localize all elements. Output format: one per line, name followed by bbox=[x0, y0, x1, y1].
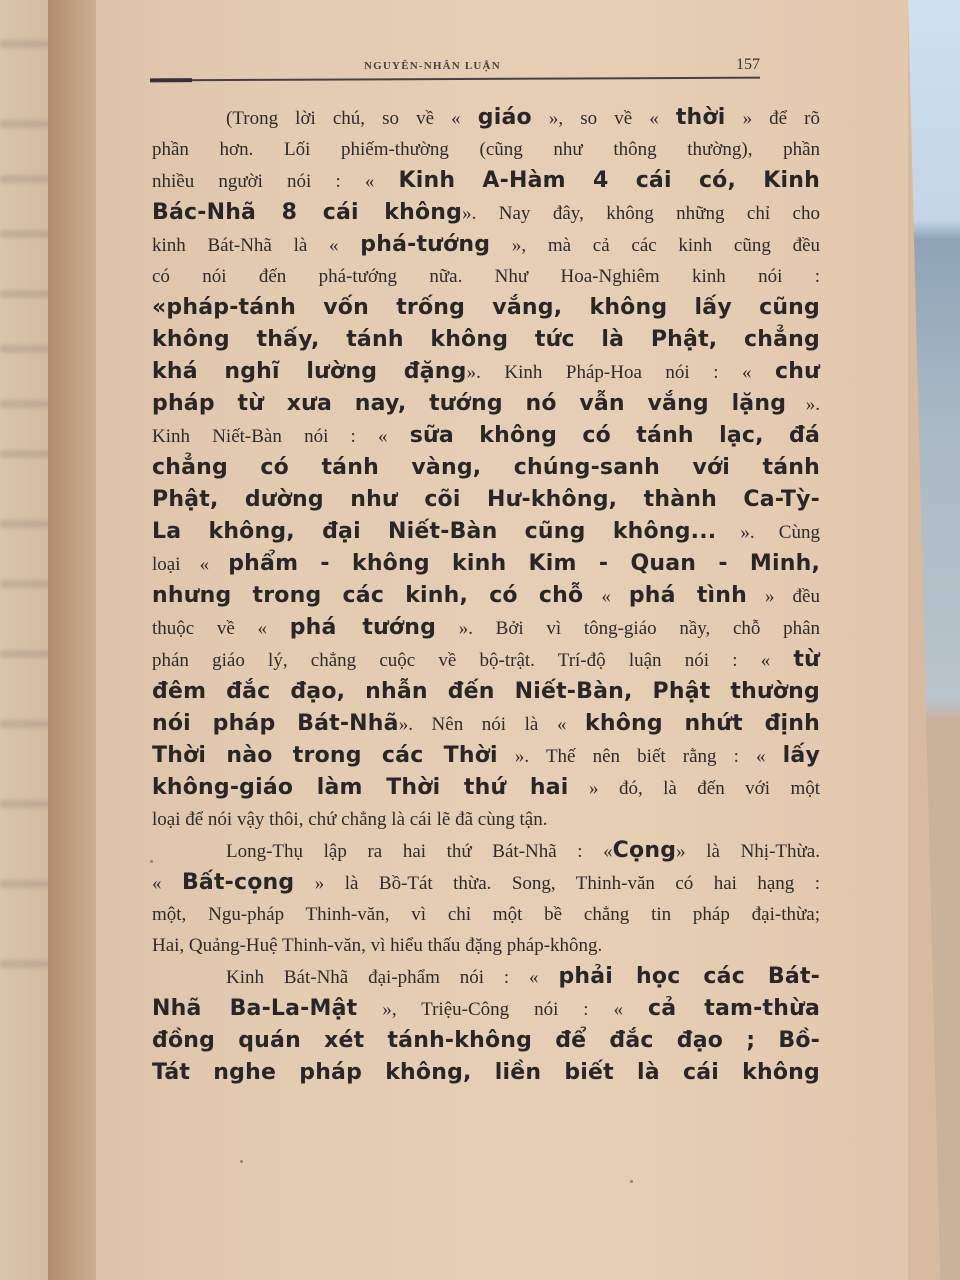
text-segment: ». Cùng bbox=[716, 522, 820, 543]
emphasized-text: chẳng có tánh vàng, chúng-sanh với tánh bbox=[152, 455, 820, 480]
text-line: Long-Thụ lập ra hai thứ Bát-Nhã : «Cọng»… bbox=[152, 835, 820, 867]
text-line: nhiều người nói : « Kinh A-Hàm 4 cái có,… bbox=[152, 165, 820, 197]
text-segment: (Trong lời chú, so về « bbox=[226, 108, 478, 129]
emphasized-text: chư bbox=[775, 359, 820, 384]
text-line: Kinh Niết-Bàn nói : « sữa không có tánh … bbox=[152, 420, 820, 452]
text-line: Kinh Bát-Nhã đại-phẩm nói : « phải học c… bbox=[152, 961, 820, 993]
text-segment: kinh Bát-Nhã là « bbox=[152, 235, 360, 256]
emphasized-text: La không, đại Niết-Bàn cũng không... bbox=[152, 519, 716, 544]
emphasized-text: lấy bbox=[783, 743, 820, 768]
text-line: chẳng có tánh vàng, chúng-sanh với tánh bbox=[152, 452, 820, 484]
emphasized-text: đồng quán xét tánh-không để đắc đạo ; Bồ… bbox=[152, 1028, 820, 1053]
text-line: không-giáo làm Thời thứ hai » đó, là đến… bbox=[152, 772, 820, 804]
text-line: (Trong lời chú, so về « giáo », so về « … bbox=[152, 102, 820, 134]
text-line: «pháp-tánh vốn trống vắng, không lấy cũn… bbox=[152, 292, 820, 324]
text-segment: », Triệu-Công nói : « bbox=[357, 999, 648, 1020]
emphasized-text: phải học các Bát- bbox=[558, 964, 820, 989]
text-segment: Hai, Quảng-Huệ Thinh-văn, vì hiểu thấu đ… bbox=[152, 935, 602, 956]
emphasized-text: Bất-cọng bbox=[182, 870, 294, 895]
text-segment: phần hơn. Lối phiếm-thường (cũng như thô… bbox=[152, 139, 820, 160]
text-line: Tát nghe pháp không, liền biết là cái kh… bbox=[152, 1057, 820, 1089]
text-segment: phán giáo lý, chẳng cuộc về bộ-trật. Trí… bbox=[152, 650, 793, 671]
text-line: đêm đắc đạo, nhẫn đến Niết-Bàn, Phật thư… bbox=[152, 676, 820, 708]
text-segment: » là Nhị-Thừa. bbox=[676, 841, 820, 862]
text-segment: có nói đến phá-tướng nữa. Như Hoa-Nghiêm… bbox=[152, 266, 820, 287]
emphasized-text: từ bbox=[793, 647, 820, 672]
emphasized-text: Tát nghe pháp không, liền biết là cái kh… bbox=[152, 1060, 820, 1085]
text-line: loại « phẩm - không kinh Kim - Quan - Mi… bbox=[152, 548, 820, 580]
text-line: nói pháp Bát-Nhã». Nên nói là « không nh… bbox=[152, 708, 820, 740]
emphasized-text: phá tình bbox=[629, 583, 747, 608]
page-header: NGUYÊN-NHÂN LUẬN 157 bbox=[150, 56, 760, 86]
emphasized-text: giáo bbox=[478, 105, 532, 130]
emphasized-text: thời bbox=[676, 105, 726, 130]
emphasized-text: không-giáo làm Thời thứ hai bbox=[152, 775, 569, 800]
emphasized-text: pháp từ xưa nay, tướng nó vẫn vắng lặng bbox=[152, 391, 786, 416]
text-segment: loại để nói vậy thôi, chứ chẳng là cái l… bbox=[152, 809, 547, 830]
text-segment: Long-Thụ lập ra hai thứ Bát-Nhã : « bbox=[226, 841, 613, 862]
text-line: pháp từ xưa nay, tướng nó vẫn vắng lặng … bbox=[152, 388, 820, 420]
text-segment: « bbox=[152, 873, 182, 894]
text-line: thuộc về « phá tướng ». Bởi vì tông-giáo… bbox=[152, 612, 820, 644]
emphasized-text: «pháp-tánh vốn trống vắng, không lấy cũn… bbox=[152, 295, 820, 320]
paper-spot bbox=[240, 1160, 243, 1163]
emphasized-text: đêm đắc đạo, nhẫn đến Niết-Bàn, Phật thư… bbox=[152, 679, 820, 704]
text-segment: » đều bbox=[747, 586, 820, 607]
text-line: phần hơn. Lối phiếm-thường (cũng như thô… bbox=[152, 134, 820, 165]
emphasized-text: Thời nào trong các Thời bbox=[152, 743, 498, 768]
text-line: Nhã Ba-La-Mật », Triệu-Công nói : « cả t… bbox=[152, 993, 820, 1025]
text-segment: », so về « bbox=[532, 108, 676, 129]
text-segment: Kinh Niết-Bàn nói : « bbox=[152, 426, 410, 447]
text-line: Phật, dường như cõi Hư-không, thành Ca-T… bbox=[152, 484, 820, 516]
emphasized-text: sữa không có tánh lạc, đá bbox=[410, 423, 820, 448]
emphasized-text: Phật, dường như cõi Hư-không, thành Ca-T… bbox=[152, 487, 820, 512]
header-rule bbox=[150, 77, 760, 82]
text-line: kinh Bát-Nhã là « phá-tướng », mà cả các… bbox=[152, 229, 820, 261]
emphasized-text: nói pháp Bát-Nhã bbox=[152, 711, 399, 736]
body-text: (Trong lời chú, so về « giáo », so về « … bbox=[152, 102, 820, 1089]
text-segment: ». bbox=[786, 394, 820, 415]
text-segment: ». Kinh Pháp-Hoa nói : « bbox=[467, 362, 775, 383]
emphasized-text: phá-tướng bbox=[360, 232, 490, 257]
emphasized-text: Bác-Nhã 8 cái không bbox=[152, 200, 462, 225]
text-segment: » để rõ bbox=[725, 108, 820, 129]
text-line: nhưng trong các kinh, có chỗ « phá tình … bbox=[152, 580, 820, 612]
text-line: có nói đến phá-tướng nữa. Như Hoa-Nghiêm… bbox=[152, 261, 820, 292]
text-line: đồng quán xét tánh-không để đắc đạo ; Bồ… bbox=[152, 1025, 820, 1057]
emphasized-text: Cọng bbox=[613, 838, 676, 863]
emphasized-text: cả tam-thừa bbox=[648, 996, 820, 1021]
text-line: Thời nào trong các Thời ». Thế nên biết … bbox=[152, 740, 820, 772]
text-segment: », mà cả các kinh cũng đều bbox=[490, 235, 820, 256]
text-line: « Bất-cọng » là Bồ-Tát thừa. Song, Thinh… bbox=[152, 867, 820, 899]
text-segment: ». Nay đây, không những chỉ cho bbox=[462, 203, 820, 224]
text-line: La không, đại Niết-Bàn cũng không... ». … bbox=[152, 516, 820, 548]
emphasized-text: nhưng trong các kinh, có chỗ bbox=[152, 583, 583, 608]
text-segment: nhiều người nói : « bbox=[152, 171, 398, 192]
text-line: không thấy, tánh không tức là Phật, chẳn… bbox=[152, 324, 820, 356]
emphasized-text: phẩm - không kinh Kim - Quan - Minh, bbox=[228, 551, 820, 576]
text-segment: ». Thế nên biết rằng : « bbox=[498, 746, 783, 767]
text-segment: một, Ngu-pháp Thinh-văn, vì chỉ một bề c… bbox=[152, 904, 820, 925]
text-line: loại để nói vậy thôi, chứ chẳng là cái l… bbox=[152, 804, 820, 835]
text-segment: « bbox=[583, 586, 629, 607]
emphasized-text: không nhứt định bbox=[585, 711, 820, 736]
text-line: phán giáo lý, chẳng cuộc về bộ-trật. Trí… bbox=[152, 644, 820, 676]
emphasized-text: khá nghĩ lường đặng bbox=[152, 359, 467, 384]
emphasized-text: không thấy, tánh không tức là Phật, chẳn… bbox=[152, 327, 820, 352]
emphasized-text: phá tướng bbox=[290, 615, 436, 640]
text-segment: Kinh Bát-Nhã đại-phẩm nói : « bbox=[226, 967, 558, 988]
text-line: Hai, Quảng-Huệ Thinh-văn, vì hiểu thấu đ… bbox=[152, 930, 820, 961]
emphasized-text: Kinh A-Hàm 4 cái có, Kinh bbox=[398, 168, 820, 193]
text-line: một, Ngu-pháp Thinh-văn, vì chỉ một bề c… bbox=[152, 899, 820, 930]
paper-spot bbox=[630, 1180, 633, 1183]
text-segment: » đó, là đến với một bbox=[569, 778, 820, 799]
page-number: 157 bbox=[736, 56, 760, 74]
text-segment: » là Bồ-Tát thừa. Song, Thinh-văn có hai… bbox=[294, 873, 820, 894]
text-line: Bác-Nhã 8 cái không». Nay đây, không nhữ… bbox=[152, 197, 820, 229]
text-segment: thuộc về « bbox=[152, 618, 290, 639]
text-line: khá nghĩ lường đặng». Kinh Pháp-Hoa nói … bbox=[152, 356, 820, 388]
text-segment: ». Nên nói là « bbox=[399, 714, 585, 735]
emphasized-text: Nhã Ba-La-Mật bbox=[152, 996, 357, 1021]
running-head: NGUYÊN-NHÂN LUẬN bbox=[364, 60, 501, 72]
text-segment: loại « bbox=[152, 554, 228, 575]
text-segment: ». Bởi vì tông-giáo nầy, chỗ phân bbox=[436, 618, 820, 639]
